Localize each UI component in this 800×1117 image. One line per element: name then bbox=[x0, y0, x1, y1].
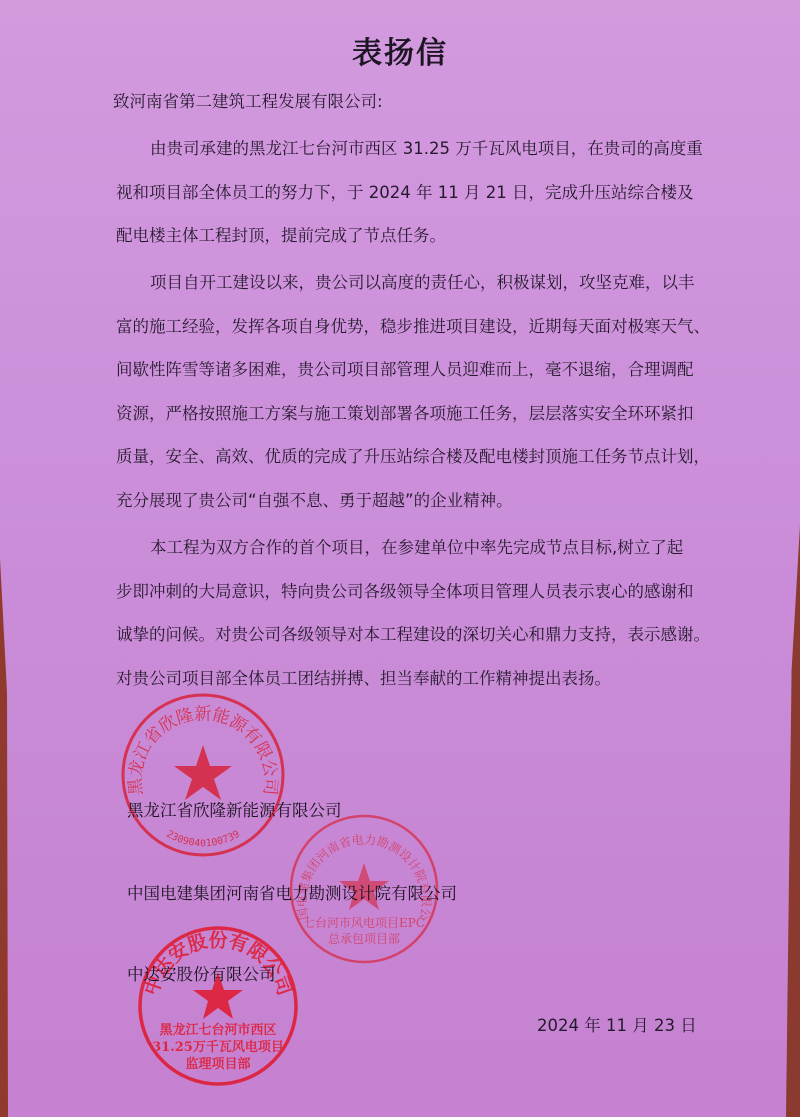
paragraph-line: 间歇性阵雪等诸多困难，贵公司项目部管理人员迎难而上，毫不退缩，合理调配 bbox=[116, 348, 716, 392]
svg-text:2309040100739: 2309040100739 bbox=[164, 829, 242, 850]
letter-title: 表扬信 bbox=[0, 28, 800, 72]
paragraph-line: 本工程为双方合作的首个项目，在参建单位中率先完成节点目标,树立了起 bbox=[116, 526, 716, 570]
seal-inner-line: 监理项目部 bbox=[185, 1056, 250, 1072]
paragraph-line: 诚挚的问候。对贵公司各级领导对本工程建设的深切关心和鼎力支持，表示感谢。 bbox=[116, 613, 716, 657]
star-icon bbox=[174, 745, 232, 800]
paragraph-line: 配电楼主体工程封顶，提前完成了节点任务。 bbox=[116, 214, 716, 258]
paragraph-line: 充分展现了贵公司“自强不息、勇于超越”的企业精神。 bbox=[116, 479, 716, 523]
salutation: 致河南省第二建筑工程发展有限公司: bbox=[113, 88, 383, 112]
paragraph-3: 本工程为双方合作的首个项目，在参建单位中率先完成节点目标,树立了起 步即冲刺的大… bbox=[116, 526, 716, 700]
signatory-3: 中达安股份有限公司 bbox=[127, 961, 276, 985]
paragraph-1: 由贵司承建的黑龙江七台河市西区 31.25 万千瓦风电项目，在贵司的高度重 视和… bbox=[116, 127, 716, 258]
paragraph-line: 质量，安全、高效、优质的完成了升压站综合楼及配电楼封顶施工任务节点计划， bbox=[116, 435, 716, 479]
paragraph-line: 视和项目部全体员工的努力下，于 2024 年 11 月 21 日，完成升压站综合… bbox=[116, 171, 716, 215]
paragraph-line: 项目自开工建设以来，贵公司以高度的责任心，积极谋划，攻坚克难，以丰 bbox=[116, 261, 716, 305]
letter-date: 2024 年 11 月 23 日 bbox=[537, 1012, 697, 1036]
seal-ring-text: 中国电建集团河南省电力勘测设计院有限公司 bbox=[288, 813, 433, 921]
company-seal-3: 中达安股份有限公司 黑龙江七台河市西区 31.25万千瓦风电项目 监理项目部 bbox=[136, 924, 300, 1088]
seal-inner-line: 七台河市风电项目EPC bbox=[303, 915, 425, 930]
paragraph-2: 项目自开工建设以来，贵公司以高度的责任心，积极谋划，攻坚克难，以丰 富的施工经验… bbox=[116, 261, 716, 522]
paragraph-line: 富的施工经验，发挥各项自身优势，稳步推进项目建设，近期每天面对极寒天气、 bbox=[116, 305, 716, 349]
seal-inner-line: 31.25万千瓦风电项目 bbox=[152, 1039, 284, 1055]
paragraph-line: 资源，严格按照施工方案与施工策划部署各项施工任务，层层落实安全环环紧扣 bbox=[116, 392, 716, 436]
signatory-2: 中国电建集团河南省电力勘测设计院有限公司 bbox=[127, 880, 457, 904]
seal-inner-line: 总承包项目部 bbox=[328, 932, 400, 946]
svg-text:中国电建集团河南省电力勘测设计院有限公司: 中国电建集团河南省电力勘测设计院有限公司 bbox=[288, 813, 433, 921]
paragraph-line: 步即冲刺的大局意识，特向贵公司各级领导全体项目管理人员表示衷心的感谢和 bbox=[116, 570, 716, 614]
seal-code: 2309040100739 bbox=[164, 829, 242, 850]
company-seal-1: 黑龙江省欣隆新能源有限公司 2309040100739 bbox=[118, 690, 288, 860]
seal-inner-line: 黑龙江七台河市西区 bbox=[159, 1022, 276, 1038]
paragraph-line: 由贵司承建的黑龙江七台河市西区 31.25 万千瓦风电项目，在贵司的高度重 bbox=[116, 127, 716, 171]
signatory-1: 黑龙江省欣隆新能源有限公司 bbox=[127, 797, 342, 821]
